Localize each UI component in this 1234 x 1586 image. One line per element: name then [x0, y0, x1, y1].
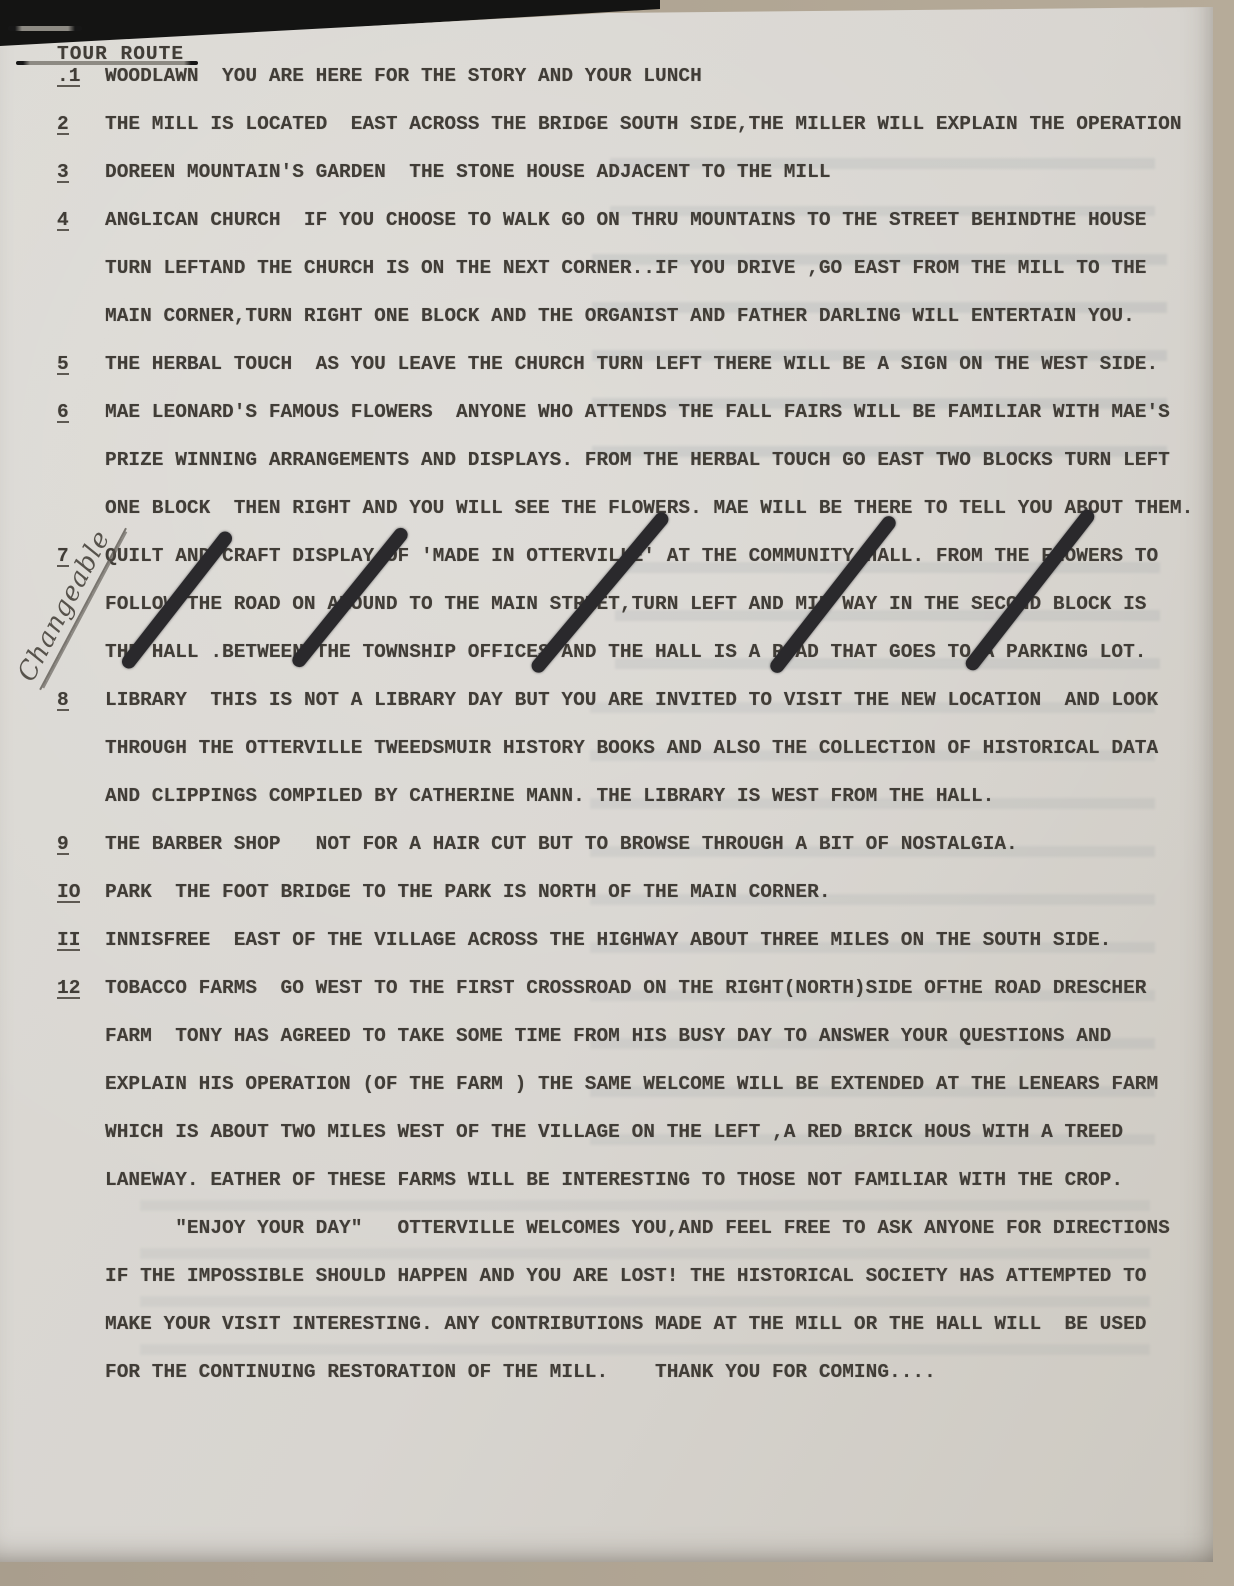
tour-item: IOPARK THE FOOT BRIDGE TO THE PARK IS NO…: [0, 868, 1234, 916]
text-segment: FAMILIAR WITH THE CROP.: [842, 1169, 1123, 1191]
text-segment: FARM TONY HAS AGREED TO TAKE SOME TIME F…: [105, 1025, 1111, 1047]
document-line: MAIN CORNER,TURN RIGHT ONE BLOCK AND THE…: [105, 292, 1234, 340]
document-line: EXPLAIN HIS OPERATION (OF THE FARM ) THE…: [105, 1060, 1234, 1108]
text-segment: THE STONE HOUSE ADJACENT TO THE MILL: [386, 161, 831, 183]
underlined-text: ENJOY YOUR DAY: [187, 1217, 351, 1239]
document-line: PARK THE FOOT BRIDGE TO THE PARK IS NORT…: [105, 868, 1234, 916]
item-text: PARK THE FOOT BRIDGE TO THE PARK IS NORT…: [105, 868, 1234, 916]
title-underline-mark: [16, 61, 198, 65]
document-line: LIBRARY THIS IS NOT A LIBRARY DAY BUT YO…: [105, 676, 1234, 724]
text-segment: AS YOU LEAVE THE CHURCH TURN LEFT THERE …: [292, 353, 1158, 375]
document-line: DOREEN MOUNTAIN'S GARDEN THE STONE HOUSE…: [105, 148, 1234, 196]
item-number: IO: [57, 868, 80, 916]
scanned-document-page: TOUR ROUTE .1WOODLAWN YOU ARE HERE FOR T…: [0, 0, 1234, 1586]
text-segment: NOT FOR A HAIR CUT BUT TO BROWSE THROUGH…: [281, 833, 1018, 855]
underlined-text: INNISFREE: [105, 929, 210, 951]
text-segment: EXPLAIN HIS OPERATION (OF THE FARM ) THE…: [105, 1073, 1158, 1095]
underlined-text: DOREEN MOUNTAIN'S GARDEN: [105, 161, 386, 183]
text-segment: ANYONE WHO ATTENDS THE FALL FAIRS WILL B…: [433, 401, 1170, 423]
document-line: FOR THE CONTINUING RESTORATION OF THE MI…: [105, 1348, 1234, 1396]
underlined-text: TOBACCO FARMS: [105, 977, 257, 999]
item-text: DOREEN MOUNTAIN'S GARDEN THE STONE HOUSE…: [105, 148, 1234, 196]
text-segment: WHICH IS ABOUT TWO MILES WEST OF THE VIL…: [105, 1121, 1123, 1143]
text-segment: EAST OF THE VILLAGE ACROSS THE HIGHWAY A…: [210, 929, 1111, 951]
text-segment: TURN LEFTAND THE CHURCH IS ON THE NEXT C…: [105, 257, 1146, 279]
underlined-text: THE HERBAL TOUCH: [105, 353, 292, 375]
text-segment: THIS IS NOT A LIBRARY DAY BUT YOU ARE IN…: [187, 689, 1158, 711]
document-line: WHICH IS ABOUT TWO MILES WEST OF THE VIL…: [105, 1108, 1234, 1156]
text-segment: THE FOOT BRIDGE TO THE PARK IS NORTH OF …: [152, 881, 831, 903]
tour-item: 4ANGLICAN CHURCH IF YOU CHOOSE TO WALK G…: [0, 196, 1234, 340]
underlined-text: PARK: [105, 881, 152, 903]
text-segment: PRIZE WINNING ARRANGEMENTS AND DISPLAYS.…: [105, 449, 1170, 471]
text-segment: LANEWAY. EATHER OF: [105, 1169, 327, 1191]
document-line: THE HERBAL TOUCH AS YOU LEAVE THE CHURCH…: [105, 340, 1234, 388]
text-segment: GO WEST TO THE FIRST CROSSROAD ON THE RI…: [257, 977, 1146, 999]
underlined-text: THESE FARMS WILL BE INTERESTING TO THOSE…: [327, 1169, 842, 1191]
underlined-text: MAE LEONARD'S FAMOUS FLOWERS: [105, 401, 433, 423]
item-text: LIBRARY THIS IS NOT A LIBRARY DAY BUT YO…: [105, 676, 1234, 820]
underlined-text: THE MILL: [105, 113, 199, 135]
item-text: TOBACCO FARMS GO WEST TO THE FIRST CROSS…: [105, 964, 1234, 1204]
document-line: WOODLAWN YOU ARE HERE FOR THE STORY AND …: [105, 52, 1234, 100]
document-line: THE BARBER SHOP NOT FOR A HAIR CUT BUT T…: [105, 820, 1234, 868]
item-number: 3: [57, 148, 69, 196]
tour-item: 6MAE LEONARD'S FAMOUS FLOWERS ANYONE WHO…: [0, 388, 1234, 532]
item-text: THE HERBAL TOUCH AS YOU LEAVE THE CHURCH…: [105, 340, 1234, 388]
item-number: 12: [57, 964, 80, 1012]
document-line: ANGLICAN CHURCH IF YOU CHOOSE TO WALK GO…: [105, 196, 1234, 244]
text-segment: IF YOU CHOOSE TO WALK GO ON THRU MOUNTAI…: [281, 209, 1147, 231]
document-line: PRIZE WINNING ARRANGEMENTS AND DISPLAYS.…: [105, 436, 1234, 484]
document-line: THROUGH THE OTTERVILLE TWEEDSMUIR HISTOR…: [105, 724, 1234, 772]
document-line: THE HALL .BETWEEN THE TOWNSHIP OFFICES A…: [105, 628, 1234, 676]
document-line: TURN LEFTAND THE CHURCH IS ON THE NEXT C…: [105, 244, 1234, 292]
text-segment: THROUGH THE OTTERVILLE TWEEDSMUIR HISTOR…: [105, 737, 1158, 759]
item-number: 2: [57, 100, 69, 148]
text-segment: " OTTERVILLE WELCOMES YOU,AND FEEL FREE …: [351, 1217, 1170, 1239]
item-text: WOODLAWN YOU ARE HERE FOR THE STORY AND …: [105, 52, 1234, 100]
document-line: ONE BLOCK THEN RIGHT AND YOU WILL SEE TH…: [105, 484, 1234, 532]
item-text: MAE LEONARD'S FAMOUS FLOWERS ANYONE WHO …: [105, 388, 1234, 532]
text-segment: MAKE YOUR VISIT INTERESTING. ANY CONTRIB…: [105, 1313, 1146, 1335]
item-text: THE BARBER SHOP NOT FOR A HAIR CUT BUT T…: [105, 820, 1234, 868]
text-segment: FOR THE CONTINUING RESTORATION OF THE MI…: [105, 1361, 936, 1383]
item-number: .1: [57, 52, 80, 100]
document-line: FOLLOW THE ROAD ON AROUND TO THE MAIN ST…: [105, 580, 1234, 628]
closing-paragraph: "ENJOY YOUR DAY" OTTERVILLE WELCOMES YOU…: [0, 1204, 1234, 1396]
underlined-text: QUILT AND CRAFT DISPLAY OF: [105, 545, 409, 567]
tour-route-list-wrapper: .1WOODLAWN YOU ARE HERE FOR THE STORY AN…: [0, 52, 1234, 1396]
tour-item: IIINNISFREE EAST OF THE VILLAGE ACROSS T…: [0, 916, 1234, 964]
underlined-text: THE BARBER SHOP: [105, 833, 281, 855]
text-segment: MAIN CORNER,TURN RIGHT ONE BLOCK AND THE…: [105, 305, 1135, 327]
text-segment: YOU ARE HERE FOR THE STORY AND YOUR LUNC…: [199, 65, 702, 87]
item-text: THE MILL IS LOCATED EAST ACROSS THE BRID…: [105, 100, 1234, 148]
pen-mark: [8, 26, 82, 31]
item-number: 8: [57, 676, 69, 724]
tour-item: 3DOREEN MOUNTAIN'S GARDEN THE STONE HOUS…: [0, 148, 1234, 196]
tour-item: 5THE HERBAL TOUCH AS YOU LEAVE THE CHURC…: [0, 340, 1234, 388]
tour-item: 12TOBACCO FARMS GO WEST TO THE FIRST CRO…: [0, 964, 1234, 1204]
item-number: II: [57, 916, 80, 964]
document-line: THE MILL IS LOCATED EAST ACROSS THE BRID…: [105, 100, 1234, 148]
document-line: AND CLIPPINGS COMPILED BY CATHERINE MANN…: [105, 772, 1234, 820]
document-line: MAKE YOUR VISIT INTERESTING. ANY CONTRIB…: [105, 1300, 1234, 1348]
text-segment: IF THE IMPOSSIBLE SHOULD HAPPEN AND YOU …: [105, 1265, 1146, 1287]
item-number: 4: [57, 196, 69, 244]
item-number: 9: [57, 820, 69, 868]
text-segment: AND CLIPPINGS COMPILED BY CATHERINE MANN…: [105, 785, 994, 807]
document-line: INNISFREE EAST OF THE VILLAGE ACROSS THE…: [105, 916, 1234, 964]
underlined-text: ANGLICAN CHURCH: [105, 209, 281, 231]
document-line: TOBACCO FARMS GO WEST TO THE FIRST CROSS…: [105, 964, 1234, 1012]
tour-item: 9THE BARBER SHOP NOT FOR A HAIR CUT BUT …: [0, 820, 1234, 868]
text-segment: ": [105, 1217, 187, 1239]
document-line: "ENJOY YOUR DAY" OTTERVILLE WELCOMES YOU…: [105, 1204, 1234, 1252]
text-segment: FOLLOW THE ROAD ON AROUND TO THE MAIN ST…: [105, 593, 1146, 615]
document-line: LANEWAY. EATHER OF THESE FARMS WILL BE I…: [105, 1156, 1234, 1204]
underlined-text: LIBRARY: [105, 689, 187, 711]
item-number: 6: [57, 388, 69, 436]
item-text: INNISFREE EAST OF THE VILLAGE ACROSS THE…: [105, 916, 1234, 964]
document-line: IF THE IMPOSSIBLE SHOULD HAPPEN AND YOU …: [105, 1252, 1234, 1300]
tour-item: 8LIBRARY THIS IS NOT A LIBRARY DAY BUT Y…: [0, 676, 1234, 820]
document-line: FARM TONY HAS AGREED TO TAKE SOME TIME F…: [105, 1012, 1234, 1060]
item-text: ANGLICAN CHURCH IF YOU CHOOSE TO WALK GO…: [105, 196, 1234, 340]
tour-route-list: .1WOODLAWN YOU ARE HERE FOR THE STORY AN…: [0, 52, 1234, 1204]
text-segment: IS LOCATED EAST ACROSS THE BRIDGE SOUTH …: [199, 113, 1182, 135]
tour-item: 2THE MILL IS LOCATED EAST ACROSS THE BRI…: [0, 100, 1234, 148]
underlined-text: WOODLAWN: [105, 65, 199, 87]
document-line: MAE LEONARD'S FAMOUS FLOWERS ANYONE WHO …: [105, 388, 1234, 436]
tour-item: .1WOODLAWN YOU ARE HERE FOR THE STORY AN…: [0, 52, 1234, 100]
item-number: 5: [57, 340, 69, 388]
text-segment: ONE BLOCK THEN RIGHT AND YOU WILL SEE TH…: [105, 497, 1193, 519]
